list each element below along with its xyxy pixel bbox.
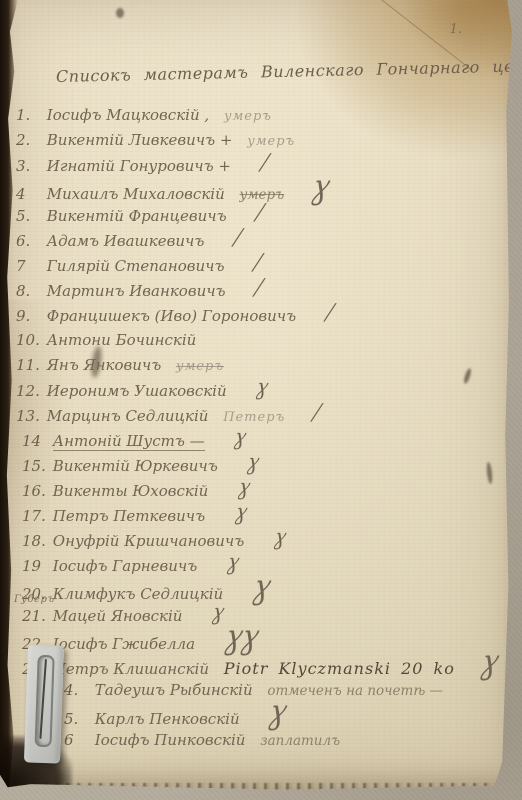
entry-name: Михаилъ Михаловскій bbox=[47, 185, 225, 203]
list-item: 1. Іосифъ Мацковскій , умеръ bbox=[16, 103, 490, 128]
entry-number: 14 bbox=[22, 429, 48, 454]
entry-number: 18. bbox=[22, 529, 48, 554]
list-item: 18. Онуфрій Кришчановичъ ɣ bbox=[16, 528, 490, 553]
list-item: 9. Францишекъ (Иво) Гороновичъ / bbox=[16, 303, 490, 328]
photo-backdrop: 1. Списокъ мастерамъ Виленскаго Гончарна… bbox=[0, 0, 522, 800]
entry-number: 6. bbox=[16, 229, 42, 254]
list-item: 13. Марцинъ Седлицкій Петеръ / bbox=[16, 403, 490, 428]
entry-ink-note: заплатилъ bbox=[260, 733, 340, 749]
entry-number: 3. bbox=[16, 154, 42, 179]
list-item: 19 Іосифъ Гарневичъ ɣ bbox=[16, 553, 490, 578]
margin-note: Губеръ bbox=[14, 594, 55, 605]
list-item: 12. Иеронимъ Ушаковскій ɣ bbox=[16, 378, 490, 403]
list-item: 4 Михаилъ Михаловскій умеръ ɣ bbox=[16, 178, 490, 203]
entry-number: 12. bbox=[16, 379, 42, 404]
list-item: 16. Викенты Юховскій ɣ bbox=[16, 478, 490, 503]
entry-name: Іосифъ Гарневичъ bbox=[53, 557, 197, 575]
entry-name: Климфукъ Седлицкій bbox=[53, 585, 223, 603]
entry-pencil-note: умеръ bbox=[176, 359, 224, 374]
entry-name: Викентій Ливкевичъ + bbox=[47, 131, 233, 149]
manuscript-page: 1. Списокъ мастерамъ Виленскаго Гончарна… bbox=[0, 0, 514, 792]
entry-number: 2. bbox=[16, 128, 42, 153]
entry-name: Викенты Юховскій bbox=[53, 482, 209, 500]
entry-pencil-note: умеръ bbox=[224, 109, 272, 124]
entry-number: 5. bbox=[16, 204, 42, 229]
page-bottom-edge bbox=[0, 783, 514, 792]
entry-number: 10. bbox=[16, 328, 42, 353]
list-item: 5. Карлъ Пенковскій ɣ bbox=[16, 703, 490, 728]
entry-name: Викентій Францевичъ bbox=[47, 207, 227, 225]
entry-number: 6 bbox=[64, 728, 90, 753]
page-number: 1. bbox=[450, 22, 462, 37]
entry-name: Іосифъ Мацковскій , bbox=[47, 106, 209, 124]
entry-name: Карлъ Пенковскій bbox=[95, 710, 240, 728]
entry-name: Тадеушъ Рыбинскій bbox=[95, 681, 253, 699]
list-item: 11. Янъ Янковичъ умеръ bbox=[16, 353, 490, 378]
entry-number: 17. bbox=[22, 504, 48, 529]
list-item: 22 Іосифъ Гжибелла ɣɣ bbox=[16, 628, 490, 653]
entry-number: 13. bbox=[16, 404, 42, 429]
entry-number: 7 bbox=[16, 254, 42, 279]
entry-name: Петръ Петкевичъ bbox=[53, 507, 205, 525]
entry-number: 9. bbox=[16, 304, 42, 329]
entry-name: Адамъ Ивашкевичъ bbox=[47, 232, 205, 250]
entry-name: Мартинъ Иванковичъ bbox=[47, 282, 226, 300]
entry-name: Антони Бочинскій bbox=[47, 331, 197, 349]
entry-name: Гилярій Степановичъ bbox=[47, 257, 225, 275]
entry-name: Францишекъ (Иво) Гороновичъ bbox=[47, 307, 296, 325]
check-mark: ɣɣ bbox=[222, 622, 262, 653]
entry-ink-note: отмеченъ на почетѣ — bbox=[267, 683, 443, 699]
entry-name: Петръ Клишанскій bbox=[53, 660, 209, 678]
list-item: 2. Викентій Ливкевичъ + умеръ bbox=[16, 128, 490, 153]
entry-number: 19 bbox=[22, 554, 48, 579]
entry-name: Викентій Юркевичъ bbox=[53, 457, 218, 475]
paper-clip-slot bbox=[35, 655, 55, 748]
entry-name: Іосифъ Гжибелла bbox=[53, 635, 195, 653]
entry-number: 11. bbox=[16, 353, 42, 378]
list-item: 3. Игнатій Гонуровичъ + / bbox=[16, 153, 490, 178]
list-item: 23. Петръ Клишанскій Piotr Klyczmanski 2… bbox=[16, 653, 490, 678]
entry-name: Онуфрій Кришчановичъ bbox=[53, 532, 244, 550]
entry-number: 16. bbox=[22, 479, 48, 504]
list-item: 6 Іосифъ Пинковскій заплатилъ bbox=[16, 728, 490, 753]
entry-name: Иеронимъ Ушаковскій bbox=[47, 382, 227, 400]
entry-number: 21. bbox=[22, 604, 48, 629]
entry-name: Антоній Шустъ — bbox=[53, 432, 205, 451]
entry-name: Игнатій Гонуровичъ + bbox=[47, 157, 231, 175]
list-item: 5. Викентій Францевичъ / bbox=[16, 203, 490, 228]
list-item: 20. Климфукъ Седлицкій ɣ bbox=[16, 578, 490, 603]
entry-name: Мацей Яновскій bbox=[53, 607, 183, 625]
list-item: 8. Мартинъ Иванковичъ / bbox=[16, 278, 490, 303]
entry-number: 4. bbox=[64, 678, 90, 703]
entry-name: Янъ Янковичъ bbox=[47, 356, 161, 374]
entry-latin-note: Piotr Klyczmanski 20 ko bbox=[224, 659, 455, 678]
list-item: 7 Гилярій Степановичъ / bbox=[16, 253, 490, 278]
list-item: 17. Петръ Петкевичъ ɣ bbox=[16, 503, 490, 528]
entry-name: Іосифъ Пинковскій bbox=[95, 731, 246, 749]
list-item: 6. Адамъ Ивашкевичъ / bbox=[16, 228, 490, 253]
list-item: 4. Тадеушъ Рыбинскій отмеченъ на почетѣ … bbox=[16, 678, 490, 703]
entries-list: 1. Іосифъ Мацковскій , умеръ 2. Викентій… bbox=[16, 103, 490, 753]
ink-smudge bbox=[116, 8, 124, 18]
entry-number: 8. bbox=[16, 279, 42, 304]
entry-number: 1. bbox=[16, 103, 42, 128]
entry-number: 15. bbox=[22, 454, 48, 479]
paper-clip bbox=[24, 644, 64, 763]
entry-name: Марцинъ Седлицкій bbox=[47, 407, 209, 425]
list-item: 10. Антони Бочинскій bbox=[16, 328, 490, 353]
entry-pencil-note: Петеръ bbox=[223, 410, 285, 425]
